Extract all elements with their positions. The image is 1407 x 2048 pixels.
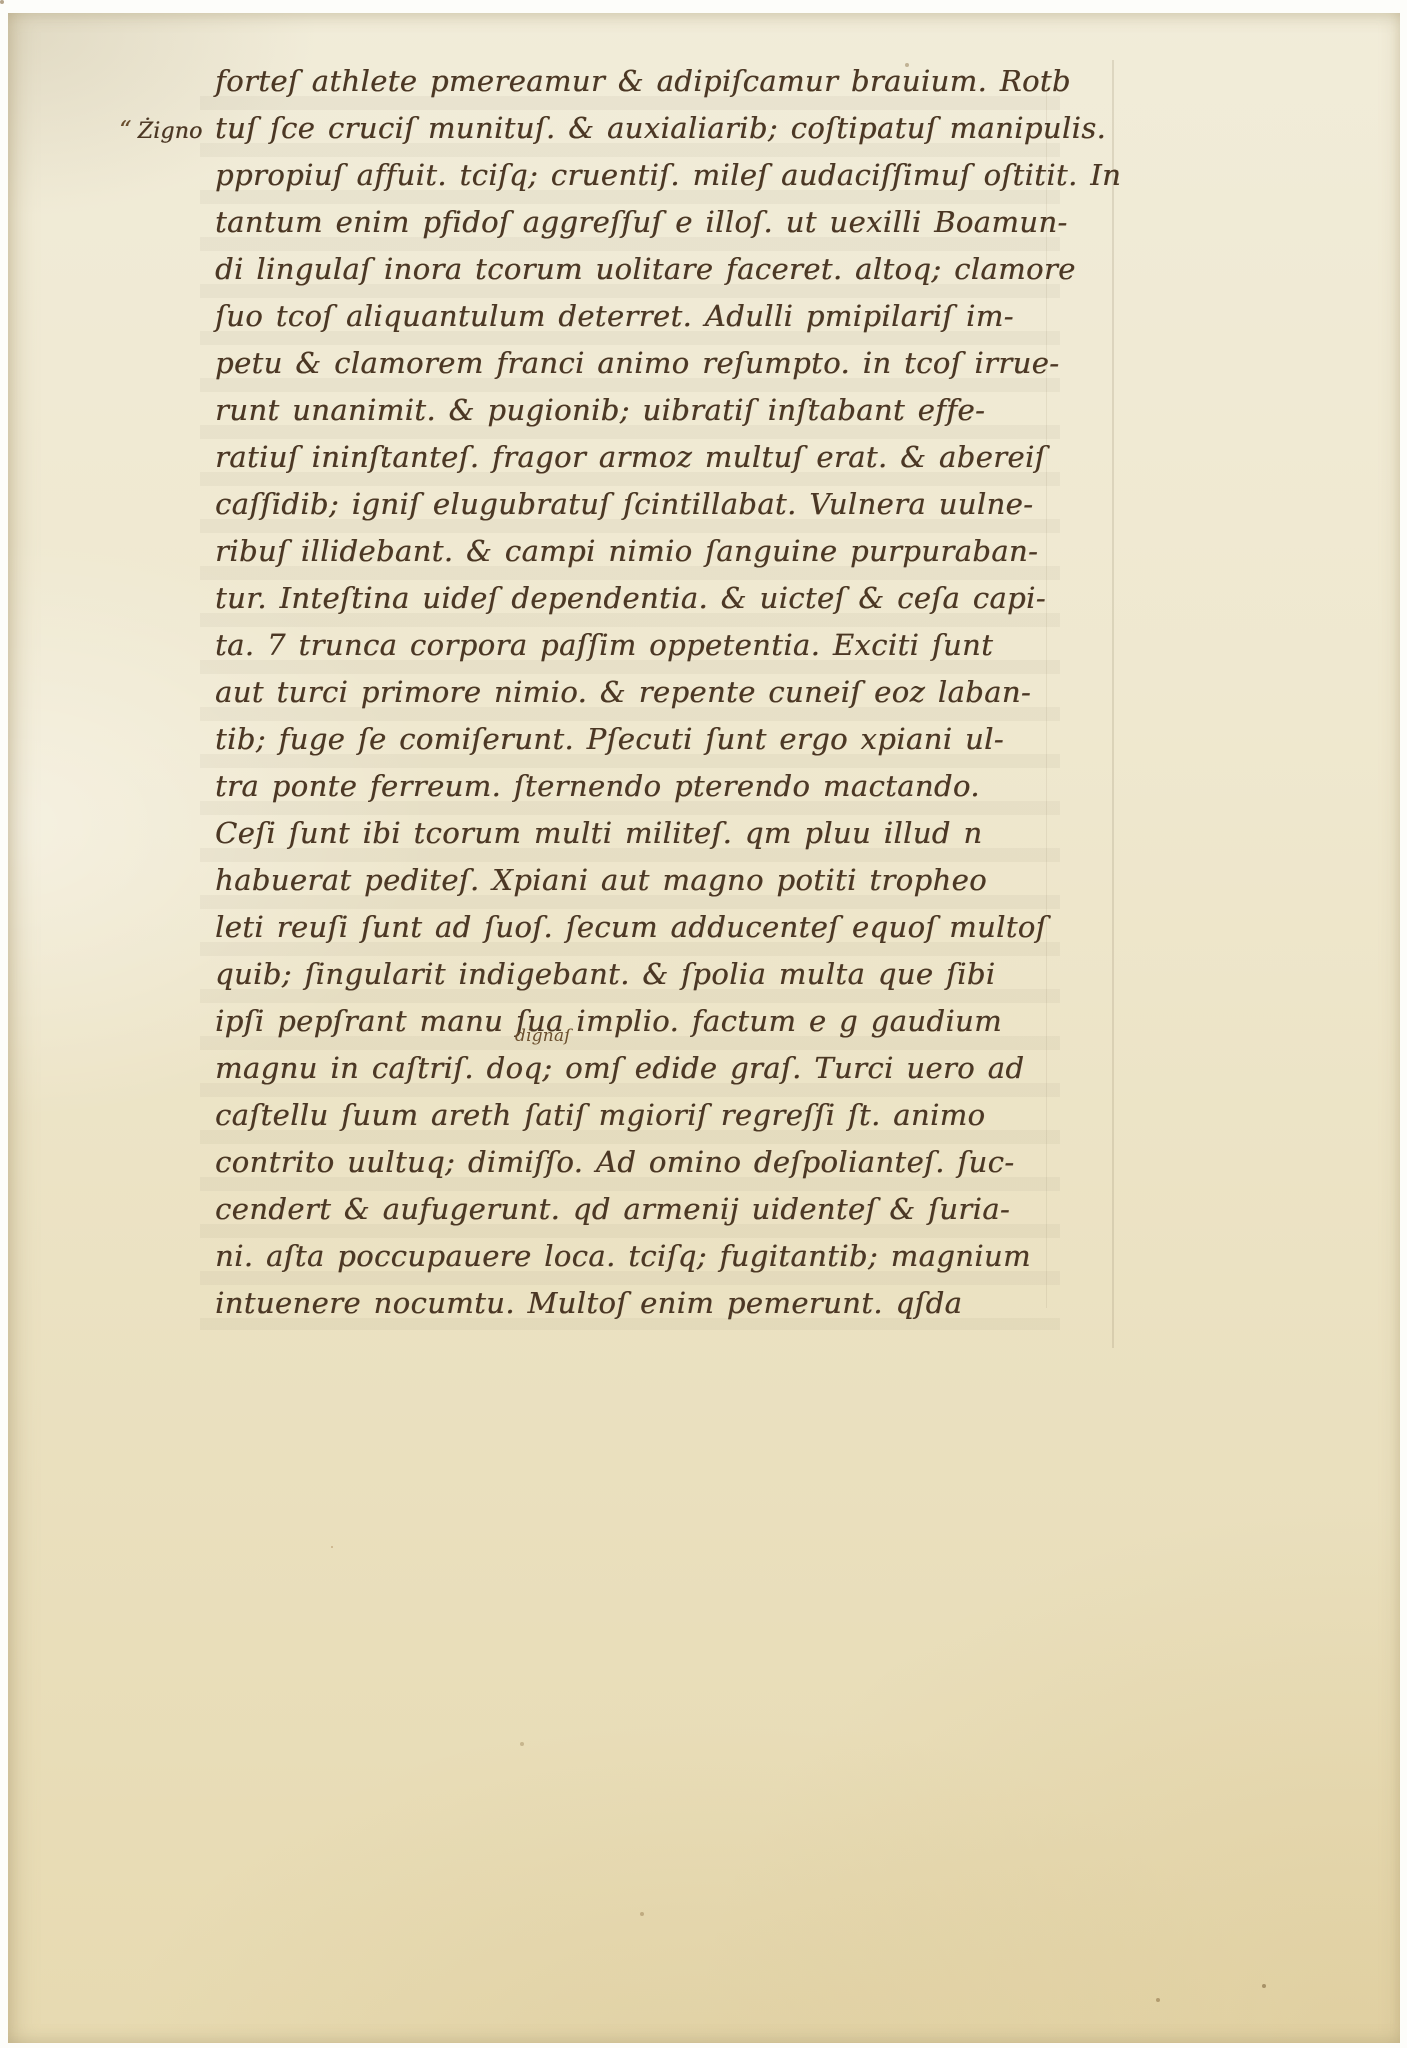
text-line-body: ppropiuſ affuit. tciſq; cruentiſ. mileſ … xyxy=(215,158,1121,192)
text-line-body: magnu in caſtriſ. doq; omſ edide graſ. T… xyxy=(215,1051,1024,1085)
text-line: ratiuſ ininſtanteſ. fragor armoz multuſ … xyxy=(215,434,1075,481)
text-line-body: Ceſi ſunt ibi tcorum multi militeſ. qm p… xyxy=(215,816,982,850)
text-line-body: contrito uultuq; dimiſſo. Ad omino deſpo… xyxy=(215,1145,1014,1179)
text-line: di lingulaſ inora tcorum uolitare facere… xyxy=(215,246,1075,293)
text-line: “Żignotuſ ſce cruciſ munituſ. & auxialia… xyxy=(215,105,1075,152)
text-line: tra ponte ferreum. ſternendo pterendo ma… xyxy=(215,763,1075,810)
interlinear-note: dignaſ xyxy=(515,1028,571,1045)
text-line: runt unanimit. & pugionib; uibratiſ inſt… xyxy=(215,387,1075,434)
text-line: contrito uultuq; dimiſſo. Ad omino deſpo… xyxy=(215,1139,1075,1186)
text-line: Ceſi ſunt ibi tcorum multi militeſ. qm p… xyxy=(215,810,1075,857)
text-line-body: tra ponte ferreum. ſternendo pterendo ma… xyxy=(215,769,980,803)
text-line: tib; fuge ſe comiſerunt. Pſecuti ſunt er… xyxy=(215,716,1075,763)
text-line: ppropiuſ affuit. tciſq; cruentiſ. mileſ … xyxy=(215,152,1075,199)
text-line-body: aut turci primore nimio. & repente cunei… xyxy=(215,675,1031,709)
text-line-body: ni. aſta poccupauere loca. tciſq; fugita… xyxy=(215,1239,1031,1273)
text-line: leti reuſi ſunt ad ſuoſ. ſecum adducente… xyxy=(215,904,1075,951)
margin-note-word: Żigno xyxy=(138,119,203,144)
text-line: cendert & aufugerunt. qd armenij uidente… xyxy=(215,1186,1075,1233)
text-line: caſſidib; igniſ elugubratuſ ſcintillabat… xyxy=(215,481,1075,528)
text-line: ni. aſta poccupauere loca. tciſq; fugita… xyxy=(215,1233,1075,1280)
text-line: tantum enim pfidoſ aggreſſuſ e illoſ. ut… xyxy=(215,199,1075,246)
text-line-body: quib; ſingularit indigebant. & ſpolia mu… xyxy=(215,957,995,991)
margin-note-mark: “ xyxy=(119,116,132,144)
text-line: ſuo tcoſ aliquantulum deterret. Adulli p… xyxy=(215,293,1075,340)
text-line-body: tur. Inteſtina uideſ dependentia. & uict… xyxy=(215,581,1046,615)
text-line-body: habuerat pediteſ. Xpiani aut magno potit… xyxy=(215,863,987,897)
text-line-body: di lingulaſ inora tcorum uolitare facere… xyxy=(215,252,1076,286)
text-line: ribuſ illidebant. & campi nimio ſanguine… xyxy=(215,528,1075,575)
text-line-body: tib; fuge ſe comiſerunt. Pſecuti ſunt er… xyxy=(215,722,1004,756)
parchment-specks xyxy=(0,0,4,4)
text-line-body: tuſ ſce cruciſ munituſ. & auxialiarib; c… xyxy=(215,111,1106,145)
text-line-body: leti reuſi ſunt ad ſuoſ. ſecum adducente… xyxy=(215,910,1047,944)
right-crease-line xyxy=(1112,60,1114,1348)
text-line-body: petu & clamorem franci animo reſumpto. i… xyxy=(215,346,1059,380)
text-line-body: ta. 7 trunca corpora paſſim oppetentia. … xyxy=(215,628,993,662)
text-line: ipſi pepſrant manu ſua implio. factum e … xyxy=(215,998,1075,1045)
text-line-body: intuenere nocumtu. Multoſ enim pemerunt.… xyxy=(215,1286,962,1320)
text-line-body: caſſidib; igniſ elugubratuſ ſcintillabat… xyxy=(215,487,1033,521)
text-line-body: ribuſ illidebant. & campi nimio ſanguine… xyxy=(215,534,1038,568)
text-line: dignaſmagnu in caſtriſ. doq; omſ edide g… xyxy=(215,1045,1075,1092)
text-line: ta. 7 trunca corpora paſſim oppetentia. … xyxy=(215,622,1075,669)
text-line: caſtellu ſuum areth ſatiſ mgioriſ regreſ… xyxy=(215,1092,1075,1139)
text-line: tur. Inteſtina uideſ dependentia. & uict… xyxy=(215,575,1075,622)
text-line: forteſ athlete pmereamur & adipiſcamur b… xyxy=(215,58,1075,105)
text-line-body: ratiuſ ininſtanteſ. fragor armoz multuſ … xyxy=(215,440,1046,474)
text-line-body: runt unanimit. & pugionib; uibratiſ inſt… xyxy=(215,393,985,427)
text-line-body: caſtellu ſuum areth ſatiſ mgioriſ regreſ… xyxy=(215,1098,985,1132)
text-line-body: tantum enim pfidoſ aggreſſuſ e illoſ. ut… xyxy=(215,205,1068,239)
text-line-body: ſuo tcoſ aliquantulum deterret. Adulli p… xyxy=(215,299,1014,333)
text-line: quib; ſingularit indigebant. & ſpolia mu… xyxy=(215,951,1075,998)
text-line-body: ipſi pepſrant manu ſua implio. factum e … xyxy=(215,1004,1002,1038)
manuscript-page: forteſ athlete pmereamur & adipiſcamur b… xyxy=(0,0,1407,2048)
text-line-body: cendert & aufugerunt. qd armenij uidente… xyxy=(215,1192,1010,1226)
text-line: aut turci primore nimio. & repente cunei… xyxy=(215,669,1075,716)
text-line: petu & clamorem franci animo reſumpto. i… xyxy=(215,340,1075,387)
text-line-body: forteſ athlete pmereamur & adipiſcamur b… xyxy=(215,64,1071,98)
text-line: habuerat pediteſ. Xpiani aut magno potit… xyxy=(215,857,1075,904)
text-line: intuenere nocumtu. Multoſ enim pemerunt.… xyxy=(215,1280,1075,1327)
text-block: forteſ athlete pmereamur & adipiſcamur b… xyxy=(215,58,1075,1327)
